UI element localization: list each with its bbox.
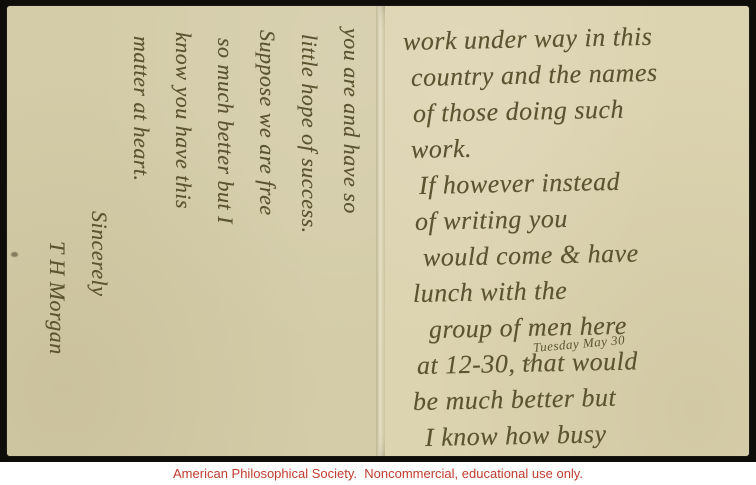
handwriting-line: know you have this [162,32,204,446]
handwriting-line: little hope of success. [288,34,330,446]
caption-text: American Philosophical Society. Noncomme… [173,466,583,481]
letter-paper: you are and have so little hope of succe… [7,6,749,456]
handwriting-line: matter at heart. [120,36,162,446]
handwriting-line: Suppose we are free [246,30,288,446]
handwriting-line: you are and have so [330,28,372,446]
caption-bar: American Philosophical Society. Noncomme… [0,462,756,485]
handwriting-line: I know how busy [425,413,750,456]
ink-smudge [11,252,18,257]
fold-crease [376,6,385,456]
signature: T H Morgan [36,241,78,446]
closing-line: Sincerely [78,211,120,446]
letter-page-right: work under way in this country and the n… [385,6,749,456]
photo-frame: you are and have so little hope of succe… [0,0,756,462]
handwriting-line: so much better but I [204,38,246,446]
letter-page-left: you are and have so little hope of succe… [7,6,379,456]
rotated-text-block: you are and have so little hope of succe… [32,26,372,446]
